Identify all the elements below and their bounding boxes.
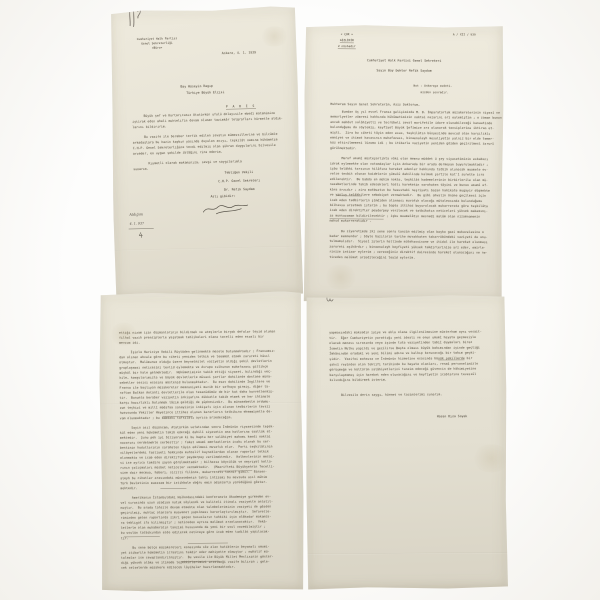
paragraph: Bu vazife ile beraber terfik edilen zeva… (133, 131, 289, 157)
typed-line: cek celselerde müzakere edilecek lâyihal… (121, 564, 297, 571)
paper-stain (259, 26, 289, 47)
pen-tick-icon (138, 231, 146, 241)
paragraph: Bu sene bütçe müzakereleri esnasında söz… (121, 544, 297, 571)
reference-number: A / XII / 939 (453, 33, 503, 36)
typed-line: kılındığını bildirmek isterim. (330, 377, 508, 384)
heading-text: Cumhuriyet Halk Partisi Genel Sekreteri (305, 58, 504, 63)
heading-line-1: Cumhuriyet Halk Partisi Genel Sekreteri (305, 58, 504, 63)
signer-text: Hasan Rıza Soyak (437, 414, 507, 418)
fold-crease (307, 552, 508, 554)
certify-line: Aslı gibidir: (193, 194, 253, 199)
classification-copies: 2 nüshadır (338, 45, 356, 49)
paper-stain (323, 264, 358, 289)
classification-secret: GİZLİDİR (340, 39, 354, 43)
date-text: Ankara, 4. 1. 1939 (222, 50, 287, 55)
letter-body: ettiği nizam için düşmanlarının bildirme… (119, 329, 297, 575)
side-note: Not : Ankaraya avdeti- mizden sonradır. (413, 83, 498, 97)
paragraph: Bundan üç yıl evvel Fransa gelişimizde M… (330, 109, 506, 152)
paragraph: İşinle Hariciye Vekili Rüştüden gelinmek… (119, 349, 296, 421)
salutation: Muhterem Sayın Genel Sekreterim, Aziz Do… (330, 102, 510, 107)
letter-body: yapmasındaki maksadın iyiye ve akla olan… (329, 329, 507, 388)
signature-icon (201, 202, 251, 220)
heading-text: Sayın Bay Doktor Refik Saydam (305, 68, 504, 73)
side-note-line: mizden sonradır. (420, 90, 498, 97)
signoff-name: Dr. Refik Saydam (202, 184, 277, 194)
classification-block: « ÇOK » GİZLİDİR 2 nüshadır (327, 31, 367, 49)
paper-stain (471, 444, 511, 472)
certify-text: Aslı gibidir: (193, 194, 253, 199)
handwritten-date: 4. 1. 937 (130, 221, 145, 225)
addressee-city: P A R İ S (226, 104, 256, 109)
handwritten-underline (129, 228, 154, 229)
typed-line: vam olunmaktadır ; bu babdaki tafsilâtı … (120, 414, 296, 421)
paragraph: Maruf umumî müsteşarlıkta vâki olan memn… (330, 156, 506, 225)
paragraph: Amerikanın İstanbuldaki Halkodasındaki k… (120, 494, 296, 541)
letter-page-1: Cumhuriyet Halk Partisi Genel Sekreterli… (109, 6, 304, 300)
paragraph: Bu ziyaretimde iki sene sonra tanzim edi… (329, 229, 505, 261)
letter-page-4: yapmasındaki maksadın iyiye ve akla olan… (305, 294, 508, 590)
paragraph: Sayın asıl düşüncem, Atatürkün vefatında… (120, 424, 297, 491)
pen-marks-icon (127, 7, 151, 31)
signer-name: Hasan Rıza Soyak (437, 414, 507, 418)
paragraph: ettiği nizam için düşmanlarının bildirme… (119, 329, 295, 346)
paragraph: yapmasındaki maksadın iyiye ve akla olan… (329, 329, 507, 383)
signoff-block: Tebliğen Vekili C.H.P. Genel Sekreteri D… (201, 167, 277, 194)
salutation-text: Muhterem Sayın Genel Sekreterim, Aziz Do… (330, 102, 510, 107)
photo-of-four-typed-letters: Cumhuriyet Halk Partisi Genel Sekreterli… (0, 0, 600, 600)
closing-text: Bilvesile derin saygı, hürmet ve tazimle… (330, 392, 508, 397)
letterhead-line: «Büro» (120, 45, 195, 51)
closing-line: Bilvesile derin saygı, hürmet ve tazimle… (330, 392, 508, 397)
paragraph: Büyük şef ve Kurtarıcımız Atatürkün uful… (132, 110, 288, 130)
reference-text: A / XII / 939 (453, 33, 503, 36)
fold-crease (114, 246, 302, 251)
heading-line-2: Sayın Bay Doktor Refik Saydam (305, 68, 504, 73)
letter-page-2: « ÇOK » GİZLİDİR 2 nüshadır A / XII / 93… (303, 24, 504, 302)
letter-body: Bundan üç yıl evvel Fransa gelişimizde M… (329, 109, 506, 266)
date-line: Ankara, 4. 1. 1939 (222, 50, 287, 55)
letterhead: Cumhuriyet Halk Partisi Genel Sekreterli… (119, 36, 194, 51)
handwritten-note: Aldığım (129, 212, 143, 216)
letter-page-3: ettiği nizam için düşmanlarının bildirme… (99, 291, 305, 593)
